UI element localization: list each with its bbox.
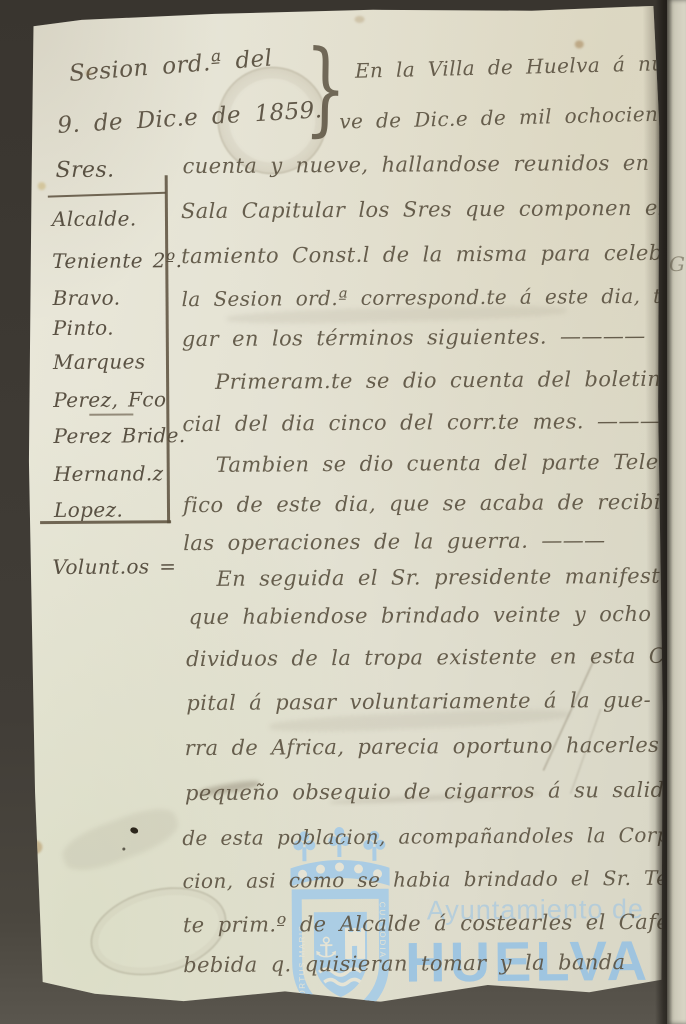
attendee-name: Bravo. — [52, 286, 120, 310]
body-line: En la Villa de Huelva á nue- — [355, 51, 666, 83]
body-line: Tambien se dio cuenta del parte Telegra- — [216, 449, 666, 476]
body-line: gar en los términos siguientes. ———— — [182, 324, 646, 351]
body-line: te prim.º de Alcalde á costearles el Caf… — [183, 910, 666, 938]
attendee-name: Hernand.z — [54, 461, 164, 486]
body-line: cial del dia cinco del corr.te mes. ——— — [182, 409, 661, 436]
body-line: que habiendose brindado veinte y ocho in… — [189, 602, 666, 630]
bleedthrough-mark — [57, 800, 183, 879]
scanned-archive-photo: { "header": { "session_line1": "Sesion o… — [0, 0, 686, 1024]
foxing-spot — [26, 840, 42, 854]
body-line: cion, asi como se habia brindado el Sr. … — [183, 865, 666, 893]
attendee-name: Pinto. — [53, 316, 114, 340]
attendees-bracket-vertical — [165, 175, 170, 523]
manuscript-sheet: Sesion ord.ª del 9. de Dic.e de 1859. } … — [25, 6, 666, 1012]
body-line: Sala Capitular los Sres que componen el … — [181, 195, 666, 223]
attendee-name: Teniente 2º. — [52, 248, 182, 273]
body-line: En seguida el Sr. presidente manifesto — [216, 564, 665, 591]
next-page-edge: G — [667, 0, 686, 1024]
body-line: la Sesion ord.ª correspond.te á este dia… — [181, 283, 665, 311]
body-line: pital á pasar voluntariamente á la gue- — [186, 688, 651, 715]
body-line: de esta poblacion, acompañandoles la Cor… — [182, 822, 665, 850]
foxing-spot — [575, 40, 584, 48]
foxing-spot — [355, 16, 365, 23]
attendees-bracket-horizontal — [40, 520, 171, 524]
attendees-heading-underline — [48, 192, 166, 198]
body-line: cuenta y nueve, hallandose reunidos en l… — [183, 151, 666, 178]
attendees-heading: Sres. — [56, 158, 115, 183]
attendee-name: Lopez. — [54, 498, 123, 522]
margin-note-voluntarios: Volunt.os = — [52, 554, 176, 579]
attendee-name: Marques — [53, 349, 146, 374]
foxing-spot — [85, 70, 92, 76]
body-line: tamiento Const.l de la misma para celebr… — [181, 241, 665, 269]
body-line: rra de Africa, parecia oportuno hacerles… — [185, 733, 666, 761]
body-line: las operaciones de la guerra. ——— — [183, 528, 605, 555]
body-line: ve de Dic.e de mil ochocientos cin- — [339, 100, 665, 134]
body-line: Primeram.te se dio cuenta del boletin of… — [215, 366, 665, 393]
foxing-spot — [38, 182, 46, 190]
body-line: bebida q. quisieran tomar y la banda — [183, 950, 626, 977]
attendee-name: Perez, Fco — [53, 387, 166, 412]
attendee-name: Alcalde. — [52, 206, 137, 231]
ink-blot — [122, 848, 125, 851]
attendee-underline — [89, 413, 133, 415]
next-page-ink-mark: G — [669, 252, 685, 276]
body-line: fico de este dia, que se acaba de recibi… — [183, 489, 666, 517]
